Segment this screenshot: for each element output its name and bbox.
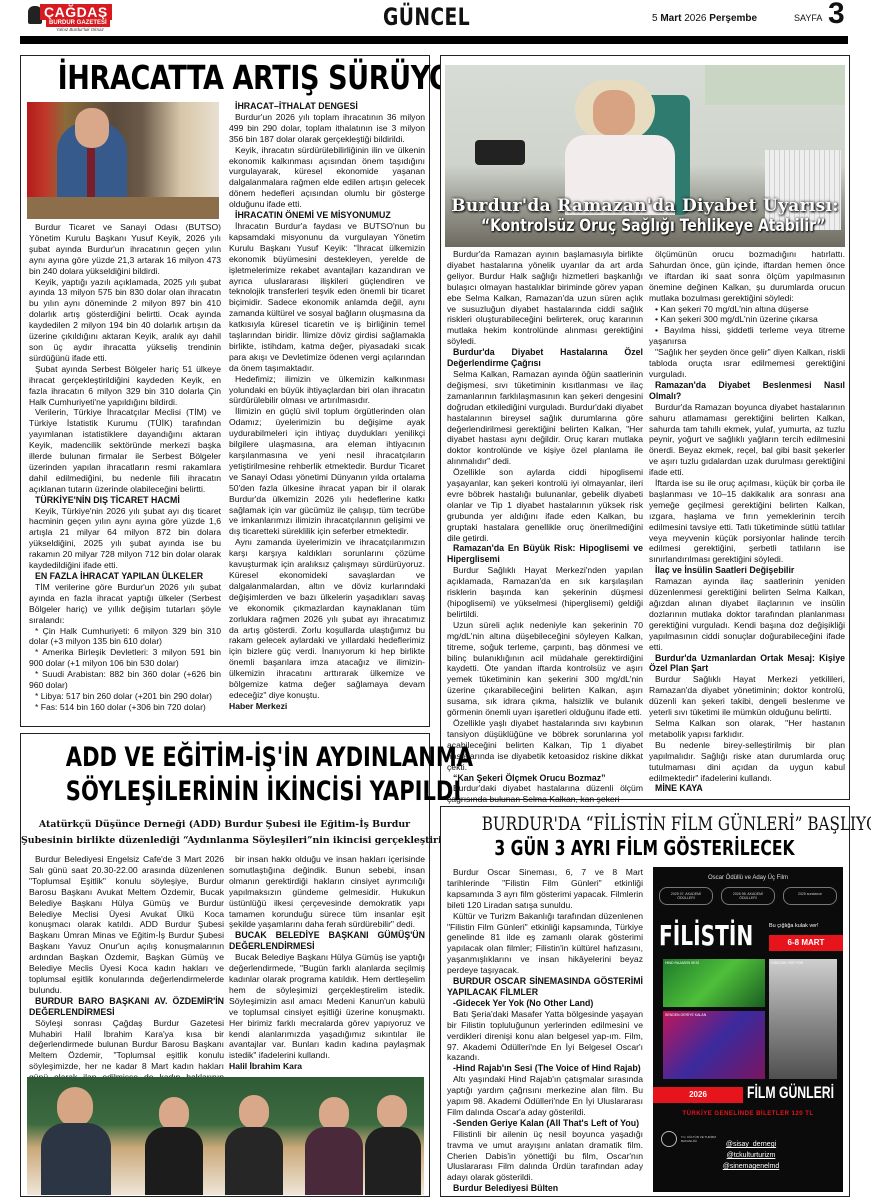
article-col-1: Burdur Ticaret ve Sanayi Odası (BUTSO) Y… (29, 222, 221, 713)
paragraph: Hedefimiz; ilimizin ve ülkemizin kalkınm… (229, 374, 425, 407)
paragraph: Bucak Belediye Başkanı Hülya Gümüş ise y… (229, 952, 425, 1061)
paragraph: Verilerin, Türkiye İhracatçılar Meclisi … (29, 407, 221, 494)
film-label: HIND RAJAB'IN SESİ (663, 959, 765, 967)
social-handle-link[interactable]: @tckulturturizm (701, 1150, 801, 1161)
paragraph: Selma Kalkan son olarak, "Her hastanın m… (649, 718, 845, 740)
paragraph: Keyik, ihracatın sürdürülebilirliğinin i… (229, 145, 425, 210)
paragraph: Burdur Ticaret ve Sanayi Odası (BUTSO) Y… (29, 222, 221, 277)
article-col-2: ölçümünün orucu bozmadığını hatırlattı. … (649, 249, 845, 794)
article-photo-speakers (27, 1077, 424, 1195)
section-subheading: BUCAK BELEDİYE BAŞKANI GÜMÜŞ'ÜN DEĞERLEN… (229, 930, 425, 952)
section-subheading: MİNE KAYA (649, 783, 845, 794)
article-headline-line-2: 3 GÜN 3 AYRI FİLM GÖSTERİLECEK (486, 838, 803, 858)
article-headline: İHRACATTA ARTIŞ SÜRÜYOR (58, 61, 392, 94)
paragraph: * Suudi Arabistan: 882 bin 360 dolar (+6… (29, 669, 221, 691)
paragraph: Filistinli bir ailenin üç nesil boyunca … (447, 1129, 643, 1184)
paragraph: Burdur'un 2026 yılı toplam ihracatının 3… (229, 112, 425, 145)
masthead: ÇAĞDAŞ BURDUR GAZETESİ Yalnız Burdur'luk… (0, 0, 871, 34)
film-label: GİDECEK YER YOK (769, 959, 837, 967)
article-export-increase: İHRACATTA ARTIŞ SÜRÜYOR Burdur Ticaret v… (20, 55, 430, 727)
article-col-2: bir insan hakkı olduğu ve insan hakları … (229, 854, 425, 1072)
paragraph: Özellikle yaşlı diyabet hastalarında sıv… (447, 718, 643, 773)
paragraph: Bu nedenle birey-selleştirilmiş bir plan… (649, 740, 845, 784)
paragraph: İlimizin en güçlü sivil toplum örgütleri… (229, 406, 425, 537)
paragraph: TİM verilerine göre Burdur'un 2026 yılı … (29, 582, 221, 626)
section-subheading: “Kan Şekeri Ölçmek Orucu Bozmaz” (447, 773, 643, 784)
paragraph: Burdur Sağlıklı Hayat Merkezi'nden yapıl… (447, 565, 643, 620)
poster-year: 2026 (653, 1087, 743, 1103)
paragraph: * Libya: 517 bin 260 dolar (+201 bin 290… (29, 691, 221, 702)
paragraph: Burdur'da Ramazan boyunca diyabet hastal… (649, 402, 845, 478)
section-subheading: Ramazan'da Diyabet Beslenmesi Nasıl Olma… (649, 380, 845, 402)
paragraph: Keyik, Türkiye'nin 2026 yılı şubat ayı d… (29, 506, 221, 571)
paragraph: Burdur Sağlıklı Hayat Merkezi yetkililer… (649, 674, 845, 718)
logo-subtitle: BURDUR GAZETESİ (46, 19, 110, 27)
issue-date: 5 Mart 2026 Perşembe (652, 13, 757, 24)
section-subheading: TÜRKİYE'NİN DIŞ TİCARET HACMİ (29, 495, 221, 506)
paragraph: • Bayılma hissi, şiddetli terleme veya t… (649, 325, 845, 347)
paragraph: Altı yaşındaki Hind Rajab'ın çatışmalar … (447, 1074, 643, 1118)
paragraph: Kültür ve Turizm Bakanlığı tarafından dü… (447, 911, 643, 976)
article-headline-line-1: ADD VE EĞİTİM-İŞ'İN AYDINLANMA (66, 744, 383, 771)
section-subheading: -Hind Rajab'ın Sesi (The Voice of Hind R… (447, 1063, 643, 1074)
photo-caption: Burdur'da Ramazan'da Diyabet Uyarısı: “K… (445, 196, 845, 236)
article-byline: Haber Merkezi (229, 701, 287, 711)
article-col-2: İHRACAT–İTHALAT DENGESİBurdur'un 2026 yı… (229, 101, 425, 712)
logo-slogan: Yalnız Burdur'luk Olmaz (56, 27, 104, 32)
poster-dates: 6-8 MART (769, 935, 843, 951)
paragraph: * Fas: 514 bin 160 dolar (+306 bin 720 d… (29, 702, 221, 713)
article-headline-line-1: BURDUR'DA “FİLİSTİN FİLM GÜNLERİ” BAŞLIY… (482, 813, 808, 835)
article-palestine-film-days: BURDUR'DA “FİLİSTİN FİLM GÜNLERİ” BAŞLIY… (440, 806, 850, 1197)
paragraph: bir insan hakkı olduğu ve insan hakları … (229, 854, 425, 930)
poster-laurels: 2025 97. AKADEMİ ÖDÜLLERİ 2026 98. AKADE… (659, 887, 837, 905)
article-col-1: Burdur Belediyesi Engelsiz Cafe'de 3 Mar… (29, 854, 224, 1094)
section-subheading: Burdur Belediyesi Bülten (447, 1183, 643, 1194)
section-subheading: Ramazan'da En Büyük Risk: Hipoglisemi ve… (447, 543, 643, 565)
poster-title: FİLİSTİN (659, 919, 753, 952)
paragraph: Ramazan ayında ilaç saatlerinin yeniden … (649, 576, 845, 652)
paragraph: Keyik, yaptığı yazılı açıklamada, 2025 y… (29, 277, 221, 364)
paragraph: Burdur'da Ramazan ayının başlamasıyla bi… (447, 249, 643, 347)
poster-film-gidecek-yer-yok: GİDECEK YER YOK (769, 959, 837, 1079)
paragraph: * Çin Halk Cumhuriyeti: 6 milyon 329 bin… (29, 626, 221, 648)
section-subheading: BURDUR BARO BAŞKANI AV. ÖZDEMİR'İN DEĞER… (29, 996, 224, 1018)
article-byline: Halil İbrahim Kara (229, 1061, 302, 1071)
paragraph: İhracatın Burdur'a faydası ve BUTSO'nun … (229, 221, 425, 374)
paragraph: * Amerika Birleşik Devletleri: 3 milyon … (29, 647, 221, 669)
paragraph: Uzun süreli açlık nedeniyle kan şekerini… (447, 620, 643, 718)
date-month: Mart (660, 13, 681, 24)
social-handle-link[interactable]: @sinemagenelmd (701, 1161, 801, 1172)
poster-ticket-info: TÜRKİYE GENELİNDE BİLETLER 120 TL (653, 1111, 843, 1117)
article-ramadan-diabetes: Burdur'da Ramazan'da Diyabet Uyarısı: “K… (440, 55, 850, 800)
poster-tagline: Bu çığlığa kulak ver! (769, 923, 819, 929)
page-number: 3 (828, 0, 845, 30)
paragraph: "Sağlık her şeyden önce gelir" diyen Kal… (649, 347, 845, 380)
paragraph: • Kan şekeri 70 mg/dL'nin altına düşerse (649, 304, 845, 315)
section-subheading: BURDUR OSCAR SİNEMASINDA GÖSTERİMİ YAPIL… (447, 976, 643, 998)
film-label: SENDEN GERİYE KALAN (663, 1011, 765, 1019)
article-subheadline-line-2: Şubesinin birlikte düzenlediği “Aydınlan… (21, 835, 428, 846)
section-title: GÜNCEL (383, 3, 470, 31)
paragraph: Burdur Oscar Sineması, 6, 7 ve 8 Mart ta… (447, 867, 643, 911)
paragraph: İftarda ise su ile oruç açılması, küçük … (649, 478, 845, 565)
section-subheading: İHRACAT–İTHALAT DENGESİ (229, 101, 425, 112)
section-subheading: -Senden Geriye Kalan (All That's Left of… (447, 1118, 643, 1129)
article-photo-yusuf-keyik (27, 102, 219, 219)
section-subheading: EN FAZLA İHRACAT YAPILAN ÜLKELER (29, 571, 221, 582)
paragraph: ölçümünün orucu bozmadığını hatırlattı. … (649, 249, 845, 304)
poster-top-line: Oscar Ödüllü ve Aday Üç Film (653, 875, 843, 881)
article-add-egitim-is: ADD VE EĞİTİM-İŞ'İN AYDINLANMA SÖYLEŞİLE… (20, 733, 430, 1197)
photo-caption-line-1: Burdur'da Ramazan'da Diyabet Uyarısı: (445, 196, 845, 216)
date-year: 2026 (684, 13, 706, 24)
section-subheading: İlaç ve İnsülin Saatleri Değişebilir (649, 565, 845, 576)
paragraph: Şubat ayında Serbest Bölgeler hariç 51 ü… (29, 364, 221, 408)
laurel-award: 2025 97. AKADEMİ ÖDÜLLERİ (659, 887, 713, 905)
paragraph: Özellikle son aylarda ciddi hipoglisemi … (447, 467, 643, 543)
newspaper-logo[interactable]: ÇAĞDAŞ BURDUR GAZETESİ Yalnız Burdur'luk… (28, 4, 140, 34)
film-poster: Oscar Ödüllü ve Aday Üç Film 2025 97. AK… (653, 867, 843, 1192)
logo-name: ÇAĞDAŞ (40, 4, 112, 20)
article-headline-line-2: SÖYLEŞİLERİNİN İKİNCİSİ YAPILDI (66, 778, 383, 805)
header-divider (20, 36, 848, 44)
article-col-1: Burdur Oscar Sineması, 6, 7 ve 8 Mart ta… (447, 867, 643, 1194)
section-subheading: Burdur'da Diyabet Hastalarına Özel Değer… (447, 347, 643, 369)
social-handle-link[interactable]: @sisay_dernegi (701, 1139, 801, 1150)
paragraph: Selma Kalkan, Ramazan ayında öğün saatle… (447, 369, 643, 467)
poster-subtitle: FİLM GÜNLERİ (747, 1083, 834, 1103)
laurel-award: 2026 98. AKADEMİ ÖDÜLLERİ (721, 887, 775, 905)
poster-film-hind-rajab: HIND RAJAB'IN SESİ (663, 959, 765, 1007)
ministry-emblem-icon (661, 1131, 677, 1147)
section-subheading: İHRACATIN ÖNEMİ VE MİSYONUMUZ (229, 210, 425, 221)
laurel-award: 2025 sundance (783, 887, 837, 905)
article-col-1: Burdur'da Ramazan ayının başlamasıyla bi… (447, 249, 643, 805)
paragraph: Batı Şeria'daki Masafer Yatta bölgesinde… (447, 1009, 643, 1064)
paragraph: Burdur Belediyesi Engelsiz Cafe'de 3 Mar… (29, 854, 224, 996)
section-subheading: Burdur'da Uzmanlardan Ortak Mesaj: Kişiy… (649, 653, 845, 675)
section-subheading: -Gidecek Yer Yok (No Other Land) (447, 998, 643, 1009)
paragraph: Aynı zamanda üyelerimizin ve ihracatçıla… (229, 537, 425, 701)
date-weekday: Perşembe (709, 13, 757, 24)
poster-film-senden-geriye-kalan: SENDEN GERİYE KALAN (663, 1011, 765, 1079)
photo-caption-line-2: “Kontrolsüz Oruç Sağlığı Tehlikeye Atabi… (481, 216, 809, 236)
date-day: 5 (652, 13, 658, 24)
page-label: SAYFA (794, 13, 822, 23)
article-subheadline-line-1: Atatürkçü Düşünce Derneği (ADD) Burdur Ş… (21, 819, 428, 830)
paragraph: • Kan şekeri 300 mg/dL'nin üzerine çıkar… (649, 314, 845, 325)
social-handles: @sisay_dernegi @tckulturturizm @sinemage… (701, 1139, 801, 1172)
paragraph: Burdur'daki diyabet hastalarına düzenli … (447, 783, 643, 805)
